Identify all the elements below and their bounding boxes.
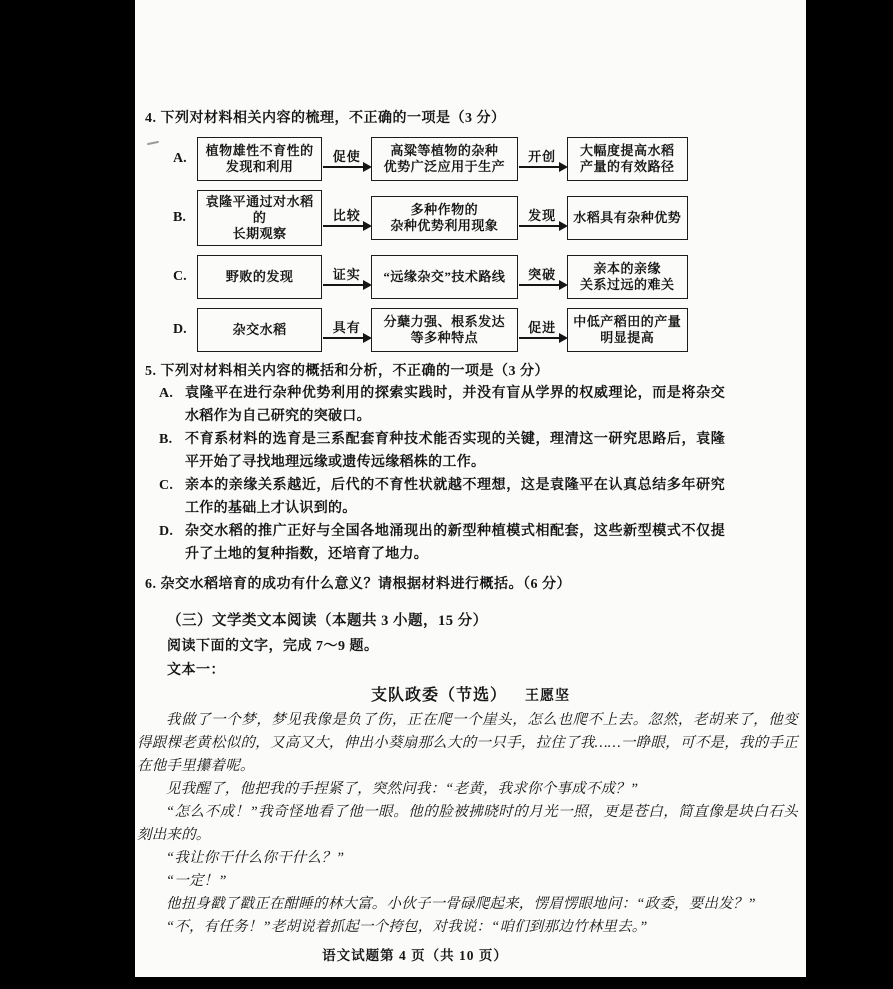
text-one-label: 文本一： [167, 659, 806, 679]
flow-box: 分蘖力强、根系发达 等多种特点 [371, 308, 517, 352]
flow-box: 野败的发现 [197, 255, 322, 299]
passage-body: 我做了一个梦，梦见我像是负了伤，正在爬一个崖头，怎么也爬不上去。忽然，老胡来了，… [137, 709, 798, 939]
option-text: 不育系材料的选育是三系配套育种技术能否实现的关键，理清这一研究思路后，袁隆平开始… [185, 428, 725, 474]
option-letter: B. [173, 210, 197, 226]
question-5-option-d: D. 杂交水稻的推广正好与全国各地涌现出的新型种植模式相配套，这些新型模式不仅提… [159, 520, 725, 566]
passage-paragraph: “怎么不成！”我奇怪地看了他一眼。他的脸被拂晓时的月光一照，更是苍白，简直像是块… [137, 801, 798, 847]
right-arrow-icon [323, 284, 370, 287]
flow-arrow: 开创 [519, 150, 566, 169]
flow-arrow: 促进 [519, 321, 566, 340]
right-arrow-icon [519, 337, 566, 340]
passage-paragraph: “我让你干什么你干什么？” [137, 847, 798, 870]
flow-box: 杂交水稻 [197, 308, 322, 352]
right-arrow-icon [519, 166, 566, 169]
arrow-label: 发现 [528, 209, 556, 223]
passage-paragraph: “一定！” [137, 870, 798, 893]
arrow-label: 促使 [333, 150, 361, 164]
right-arrow-icon [519, 225, 566, 228]
question-4-flowchart: A. 植物雄性不育性的 发现和利用 促使 高粱等植物的杂种 优势广泛应用于生产 … [173, 137, 688, 352]
arrow-label: 具有 [333, 321, 361, 335]
passage-paragraph: 他扭身戳了戳正在酣睡的林大富。小伙子一骨碌爬起来，愣眉愣眼地问：“政委，要出发？… [137, 893, 798, 916]
exam-paper-page: 4. 下列对材料相关内容的梳理，不正确的一项是（3 分） A. 植物雄性不育性的… [135, 0, 806, 977]
flow-box: 多种作物的 杂种优势利用现象 [371, 196, 517, 240]
flow-box: 大幅度提高水稻 产量的有效路径 [567, 137, 688, 181]
passage-author: 王愿坚 [525, 689, 570, 704]
question-5-option-c: C. 亲本的亲缘关系越近，后代的不育性状就越不理想，这是袁隆平在认真总结多年研究… [159, 474, 725, 520]
flow-arrow: 证实 [323, 268, 370, 287]
flow-arrow: 比较 [323, 209, 370, 228]
option-letter: B. [159, 428, 185, 474]
flow-box: 高粱等植物的杂种 优势广泛应用于生产 [371, 137, 517, 181]
right-arrow-icon [323, 337, 370, 340]
option-letter: C. [173, 269, 197, 285]
question-5: 5. 下列对材料相关内容的概括和分析，不正确的一项是（3 分） A. 袁隆平在进… [135, 361, 806, 566]
flow-arrow: 发现 [519, 209, 566, 228]
flow-arrow: 突破 [519, 268, 566, 287]
arrow-label: 开创 [528, 150, 556, 164]
arrow-label: 比较 [333, 209, 361, 223]
flow-box: 植物雄性不育性的 发现和利用 [197, 137, 322, 181]
option-letter: C. [159, 474, 185, 520]
section-3-heading: （三）文学类文本阅读（本题共 3 小题，15 分） [167, 609, 806, 630]
arrow-label: 证实 [333, 268, 361, 282]
flow-box: 袁隆平通过对水稻的 长期观察 [197, 190, 322, 246]
flow-arrow: 具有 [323, 321, 370, 340]
question-5-stem: 5. 下列对材料相关内容的概括和分析，不正确的一项是（3 分） [145, 361, 806, 382]
arrow-label: 突破 [528, 268, 556, 282]
flow-box: 中低产稻田的产量 明显提高 [567, 308, 688, 352]
option-letter: A. [173, 151, 197, 167]
flowchart-row-a: A. 植物雄性不育性的 发现和利用 促使 高粱等植物的杂种 优势广泛应用于生产 … [173, 137, 688, 181]
right-arrow-icon [323, 166, 370, 169]
question-5-option-b: B. 不育系材料的选育是三系配套育种技术能否实现的关键，理清这一研究思路后，袁隆… [159, 428, 725, 474]
flow-box: 亲本的亲缘 关系过远的难关 [567, 255, 688, 299]
right-arrow-icon [323, 225, 370, 228]
passage-title: 支队政委（节选） [371, 687, 507, 704]
arrow-label: 促进 [528, 321, 556, 335]
passage-title-row: 支队政委（节选）王愿坚 [135, 682, 806, 705]
question-6-stem: 6. 杂交水稻培育的成功有什么意义？请根据材料进行概括。（6 分） [145, 574, 806, 595]
option-letter: A. [159, 382, 185, 428]
flow-arrow: 促使 [323, 150, 370, 169]
section-3-instruction: 阅读下面的文字，完成 7～9 题。 [167, 635, 806, 655]
option-text: 袁隆平在进行杂种优势利用的探索实践时，并没有盲从学界的权威理论，而是将杂交水稻作… [185, 382, 725, 428]
flow-box: 水稻具有杂种优势 [567, 196, 688, 240]
passage-paragraph: 我做了一个梦，梦见我像是负了伤，正在爬一个崖头，怎么也爬不上去。忽然，老胡来了，… [137, 709, 798, 778]
right-arrow-icon [519, 284, 566, 287]
option-letter: D. [173, 322, 197, 338]
flowchart-row-d: D. 杂交水稻 具有 分蘖力强、根系发达 等多种特点 促进 中低产稻田的产量 明… [173, 308, 688, 352]
flowchart-row-c: C. 野败的发现 证实 “远缘杂交”技术路线 突破 亲本的亲缘 关系过远的难关 [173, 255, 688, 299]
flow-box: “远缘杂交”技术路线 [371, 255, 517, 299]
stray-pencil-mark [147, 141, 159, 145]
option-letter: D. [159, 520, 185, 566]
option-text: 杂交水稻的推广正好与全国各地涌现出的新型种植模式相配套，这些新型模式不仅提升了土… [185, 520, 725, 566]
flowchart-row-b: B. 袁隆平通过对水稻的 长期观察 比较 多种作物的 杂种优势利用现象 发现 水… [173, 190, 688, 246]
passage-paragraph: “不，有任务！”老胡说着抓起一个挎包，对我说：“咱们到那边竹林里去。” [137, 916, 798, 939]
question-4-stem: 4. 下列对材料相关内容的梳理，不正确的一项是（3 分） [145, 108, 806, 129]
question-5-option-a: A. 袁隆平在进行杂种优势利用的探索实践时，并没有盲从学界的权威理论，而是将杂交… [159, 382, 725, 428]
page-footer: 语文试题第 4 页（共 10 页） [135, 944, 695, 964]
option-text: 亲本的亲缘关系越近，后代的不育性状就越不理想，这是袁隆平在认真总结多年研究工作的… [185, 474, 725, 520]
passage-paragraph: 见我醒了，他把我的手捏紧了，突然问我：“老黄，我求你个事成不成？” [137, 778, 798, 801]
